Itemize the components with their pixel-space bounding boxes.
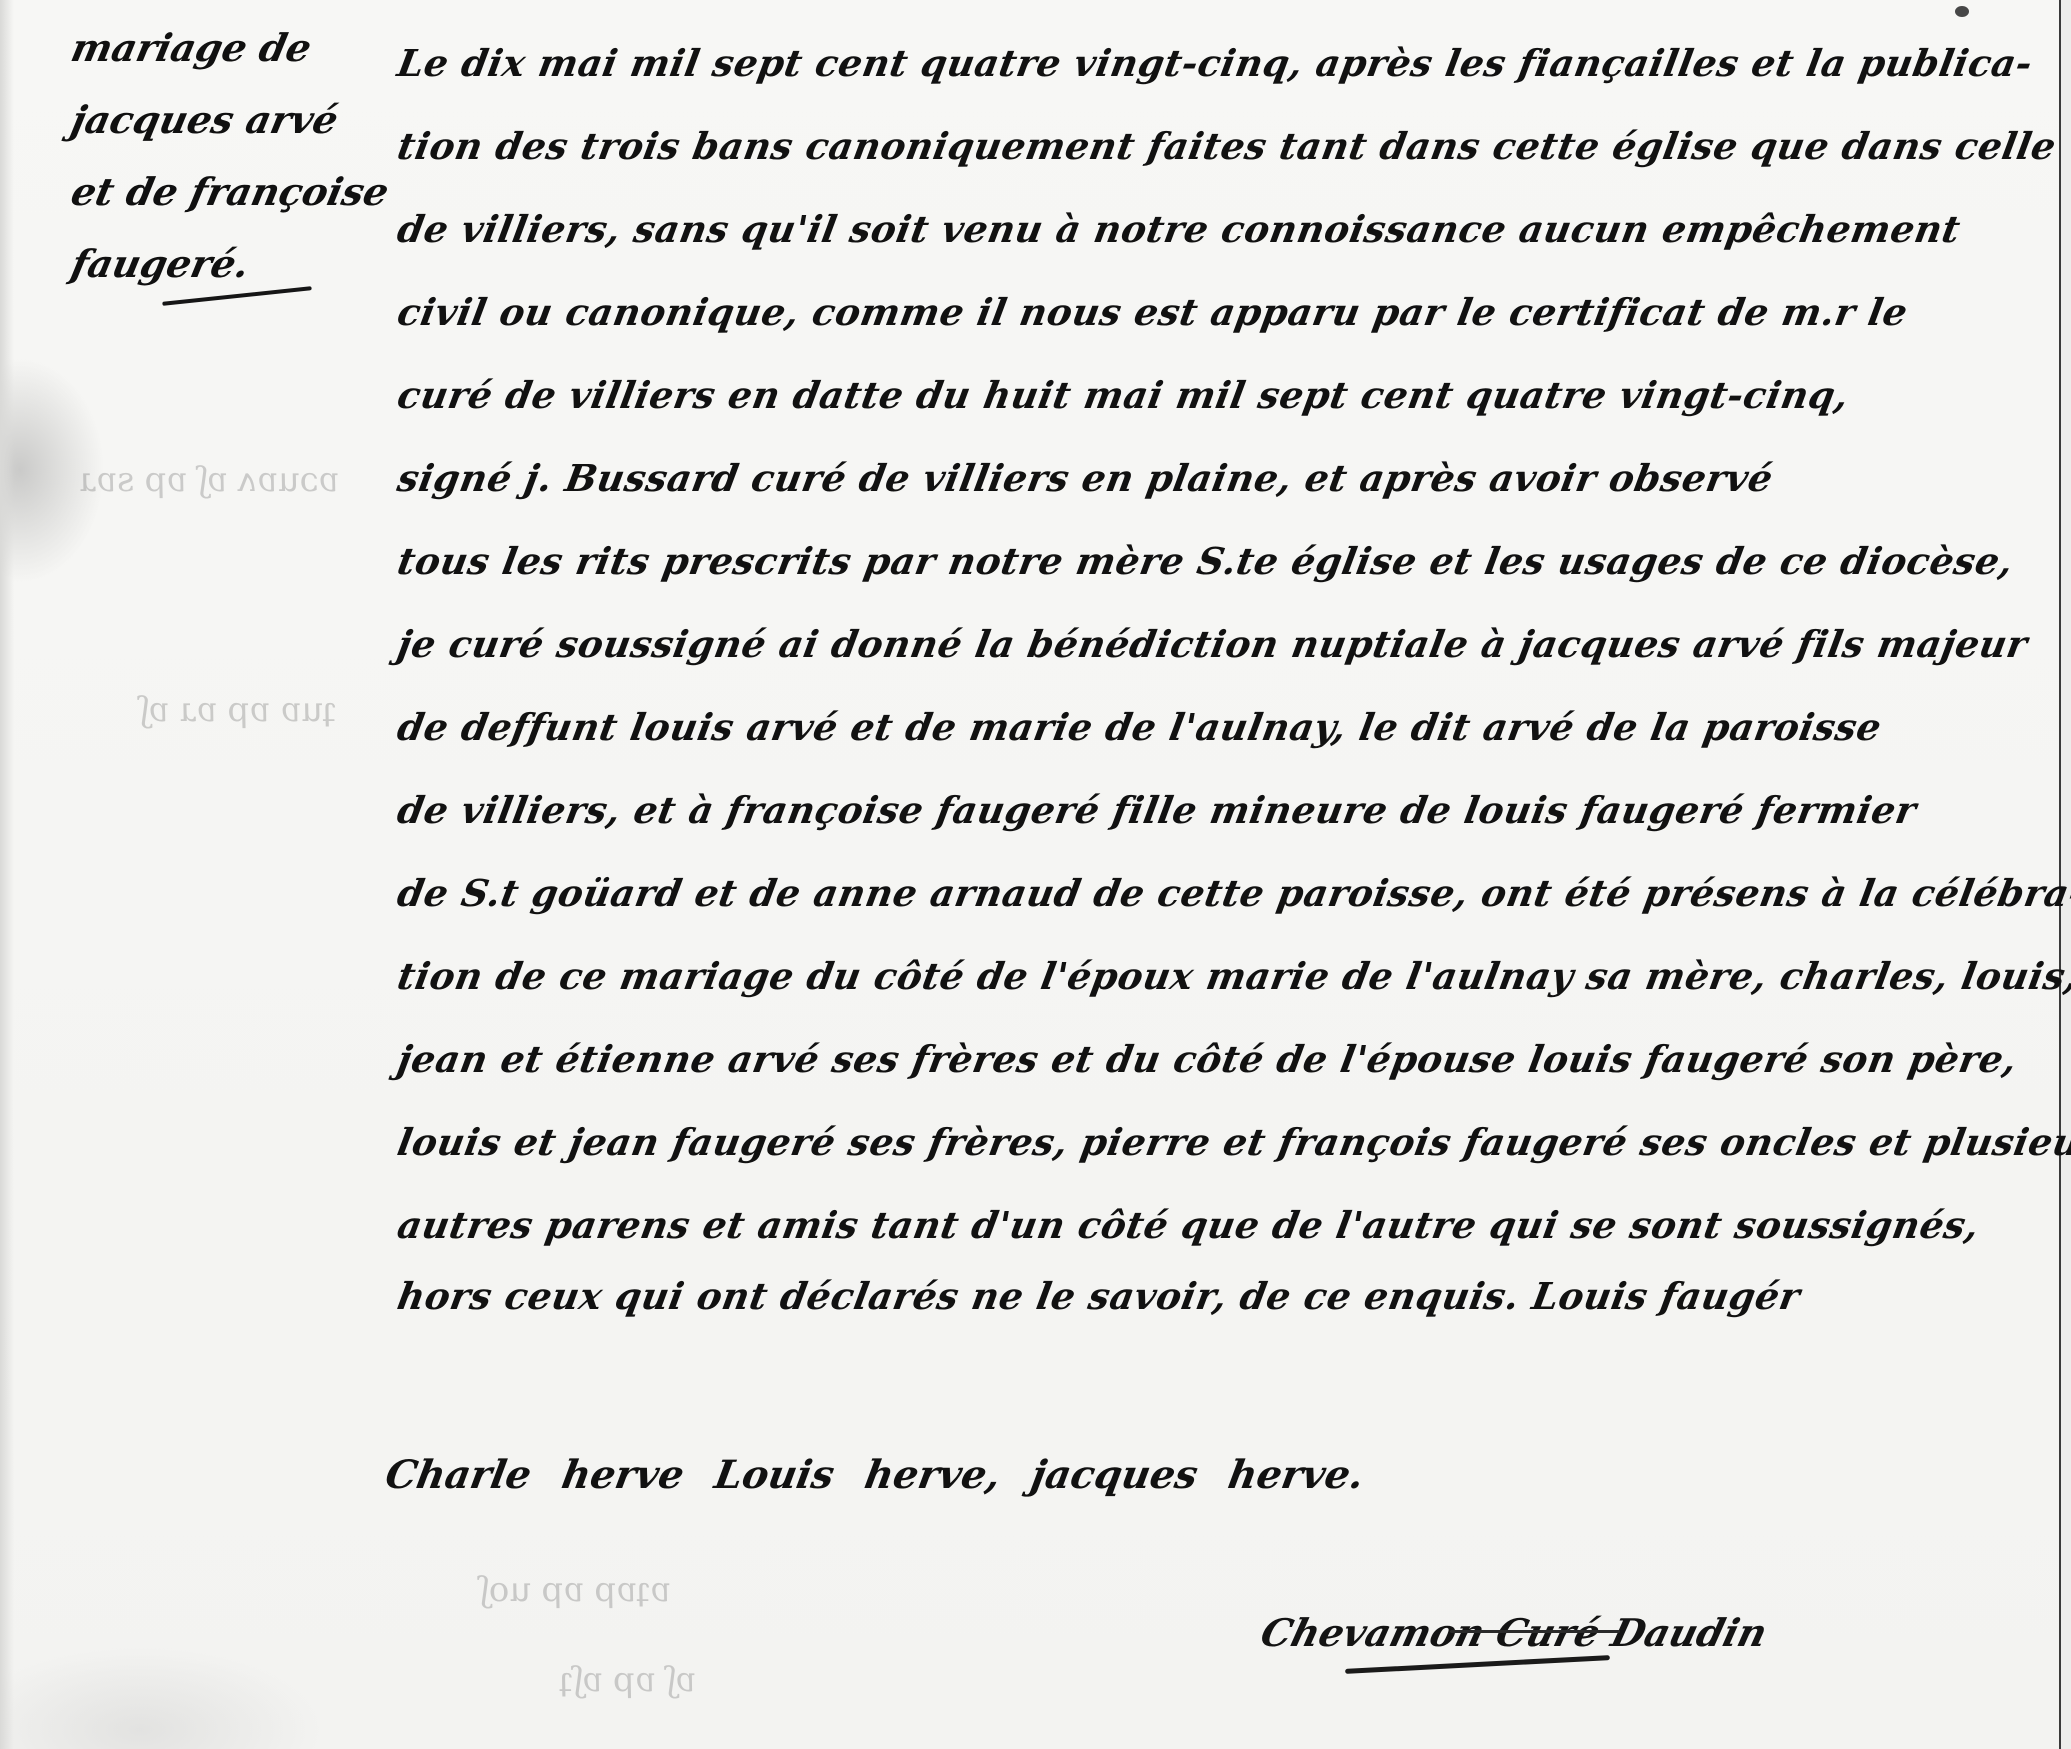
ink-blot (1955, 6, 1969, 17)
entry-line: de deffunt louis arvé et de marie de l'a… (391, 686, 2006, 769)
register-page: ɐɔuɐʌ ɐʃ ɐp sɐɹ ʇuɐ ɐp ɐɹ ɐʃ ɐʇɐp ɐp uoʃ… (0, 0, 2071, 1749)
witness-signature: Louis herve, (711, 1452, 1004, 1498)
signature-flourish (1345, 1655, 1610, 1674)
bleed-through-text: ʇuɐ ɐp ɐɹ ɐʃ (136, 690, 340, 730)
entry-line: de villiers, et à françoise faugeré fill… (391, 769, 2006, 852)
bleed-through-text: ɐʃ ɐp ɐʃʇ (556, 1660, 699, 1700)
entry-line: Le dix mai mil sept cent quatre vingt-ci… (391, 22, 2006, 105)
margin-line: faugeré. (64, 228, 369, 300)
entry-line: curé de villiers en datte du huit mai mi… (391, 354, 2006, 437)
entry-line: de villiers, sans qu'il soit venu à notr… (391, 188, 2006, 271)
entry-line: de S.t goüard et de anne arnaud de cette… (391, 852, 2006, 935)
torn-left-edge (0, 0, 14, 1749)
entry-line: louis et jean faugeré ses frères, pierre… (391, 1101, 2006, 1184)
margin-line: jacques arvé (64, 84, 369, 156)
entry-body: Le dix mai mil sept cent quatre vingt-ci… (398, 22, 1998, 1325)
bleed-through-text: ɐʇɐp ɐp uoʃ (476, 1570, 674, 1610)
margin-line: et de françoise (64, 156, 369, 228)
witness-signatures: Charle herve Louis herve, jacques herve. (382, 1452, 1368, 1498)
bleed-through-text: ɐɔuɐʌ ɐʃ ɐp sɐɹ (76, 460, 342, 500)
entry-line: signé j. Bussard curé de villiers en pla… (391, 437, 2006, 520)
witness-signature: Charle herve (382, 1452, 688, 1498)
entry-line: tion de ce mariage du côté de l'époux ma… (391, 935, 2006, 1018)
entry-line: je curé soussigné ai donné la bénédictio… (391, 603, 2006, 686)
entry-line: jean et étienne arvé ses frères et du cô… (391, 1018, 2006, 1101)
entry-line: hors ceux qui ont déclarés ne le savoir,… (393, 1267, 2003, 1325)
entry-line: autres parens et amis tant d'un côté que… (391, 1184, 2006, 1267)
margin-line: mariage de (64, 12, 369, 84)
margin-annotation: mariage de jacques arvé et de françoise … (72, 12, 362, 298)
entry-line: tion des trois bans canoniquement faites… (391, 105, 2006, 188)
signature-flourish (1450, 1630, 1620, 1633)
entry-line: civil ou canonique, comme il nous est ap… (391, 271, 2006, 354)
witness-signature: jacques herve. (1028, 1452, 1368, 1498)
entry-line: tous les rits prescrits par notre mère S… (391, 520, 2006, 603)
